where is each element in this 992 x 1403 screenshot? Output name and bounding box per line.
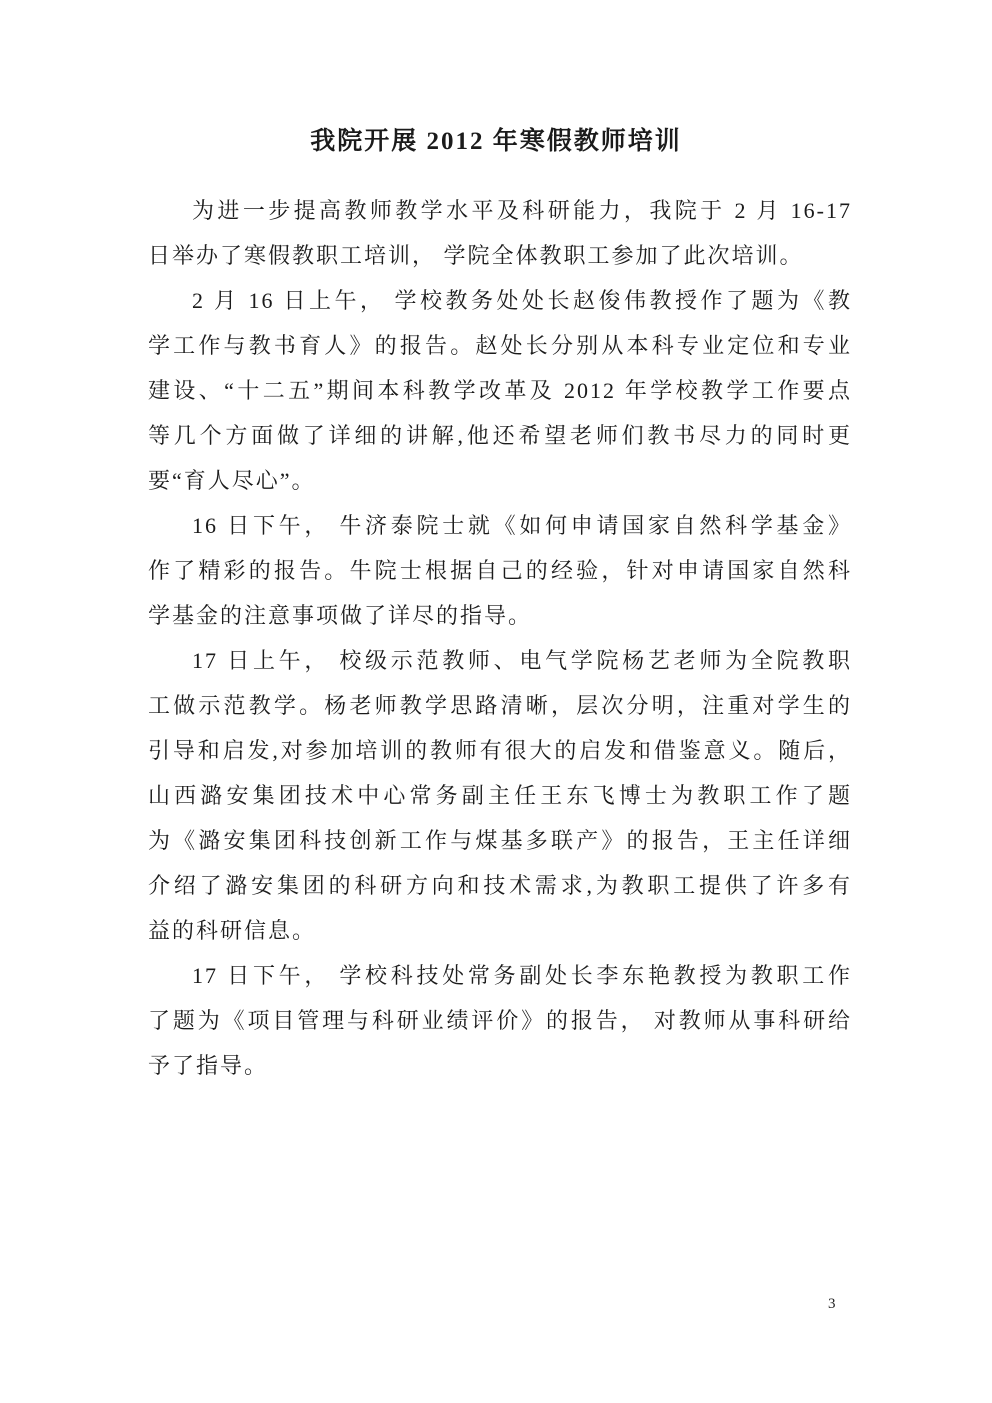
text-line: 引导和启发,对参加培训的教师有很大的启发和借鉴意义。随后， <box>148 728 852 773</box>
text-line: 介绍了潞安集团的科研方向和技术需求,为教职工提供了许多有 <box>148 863 852 908</box>
text-line: 山西潞安集团技术中心常务副主任王东飞博士为教职工作了题 <box>148 773 852 818</box>
paragraph-1: 为进一步提高教师教学水平及科研能力，我院于 2 月 16-17 日举办了寒假教职… <box>148 188 852 278</box>
text-line: 学工作与教书育人》的报告。赵处长分别从本科专业定位和专业 <box>148 323 852 368</box>
text-line: 17 日上午， 校级示范教师、电气学院杨艺老师为全院教职 <box>148 638 852 683</box>
text-line: 2 月 16 日上午， 学校教务处处长赵俊伟教授作了题为《教 <box>148 278 852 323</box>
text-line: 为《潞安集团科技创新工作与煤基多联产》的报告，王主任详细 <box>148 818 852 863</box>
text-line: 16 日下午， 牛济泰院士就《如何申请国家自然科学基金》 <box>148 503 852 548</box>
paragraph-2: 2 月 16 日上午， 学校教务处处长赵俊伟教授作了题为《教 学工作与教书育人》… <box>148 278 852 503</box>
document-page: 我院开展 2012 年寒假教师培训 为进一步提高教师教学水平及科研能力，我院于 … <box>0 0 992 1403</box>
text-line: 建设、“十二五”期间本科教学改革及 2012 年学校教学工作要点 <box>148 368 852 413</box>
paragraph-5: 17 日下午， 学校科技处常务副处长李东艳教授为教职工作 了题为《项目管理与科研… <box>148 953 852 1088</box>
text-line: 日举办了寒假教职工培训， 学院全体教职工参加了此次培训。 <box>148 233 852 278</box>
text-line: 工做示范教学。杨老师教学思路清晰，层次分明，注重对学生的 <box>148 683 852 728</box>
text-line: 予了指导。 <box>148 1043 852 1088</box>
text-line: 要“育人尽心”。 <box>148 458 852 503</box>
document-title: 我院开展 2012 年寒假教师培训 <box>0 124 992 160</box>
text-line: 为进一步提高教师教学水平及科研能力，我院于 2 月 16-17 <box>148 188 852 233</box>
document-content: 为进一步提高教师教学水平及科研能力，我院于 2 月 16-17 日举办了寒假教职… <box>148 188 852 1088</box>
text-line: 17 日下午， 学校科技处常务副处长李东艳教授为教职工作 <box>148 953 852 998</box>
text-line: 学基金的注意事项做了详尽的指导。 <box>148 593 852 638</box>
text-line: 了题为《项目管理与科研业绩评价》的报告， 对教师从事科研给 <box>148 998 852 1043</box>
text-line: 作了精彩的报告。牛院士根据自己的经验，针对申请国家自然科 <box>148 548 852 593</box>
text-line: 益的科研信息。 <box>148 908 852 953</box>
page-number: 3 <box>828 1294 836 1314</box>
paragraph-4: 17 日上午， 校级示范教师、电气学院杨艺老师为全院教职 工做示范教学。杨老师教… <box>148 638 852 953</box>
paragraph-3: 16 日下午， 牛济泰院士就《如何申请国家自然科学基金》 作了精彩的报告。牛院士… <box>148 503 852 638</box>
text-line: 等几个方面做了详细的讲解,他还希望老师们教书尽力的同时更 <box>148 413 852 458</box>
